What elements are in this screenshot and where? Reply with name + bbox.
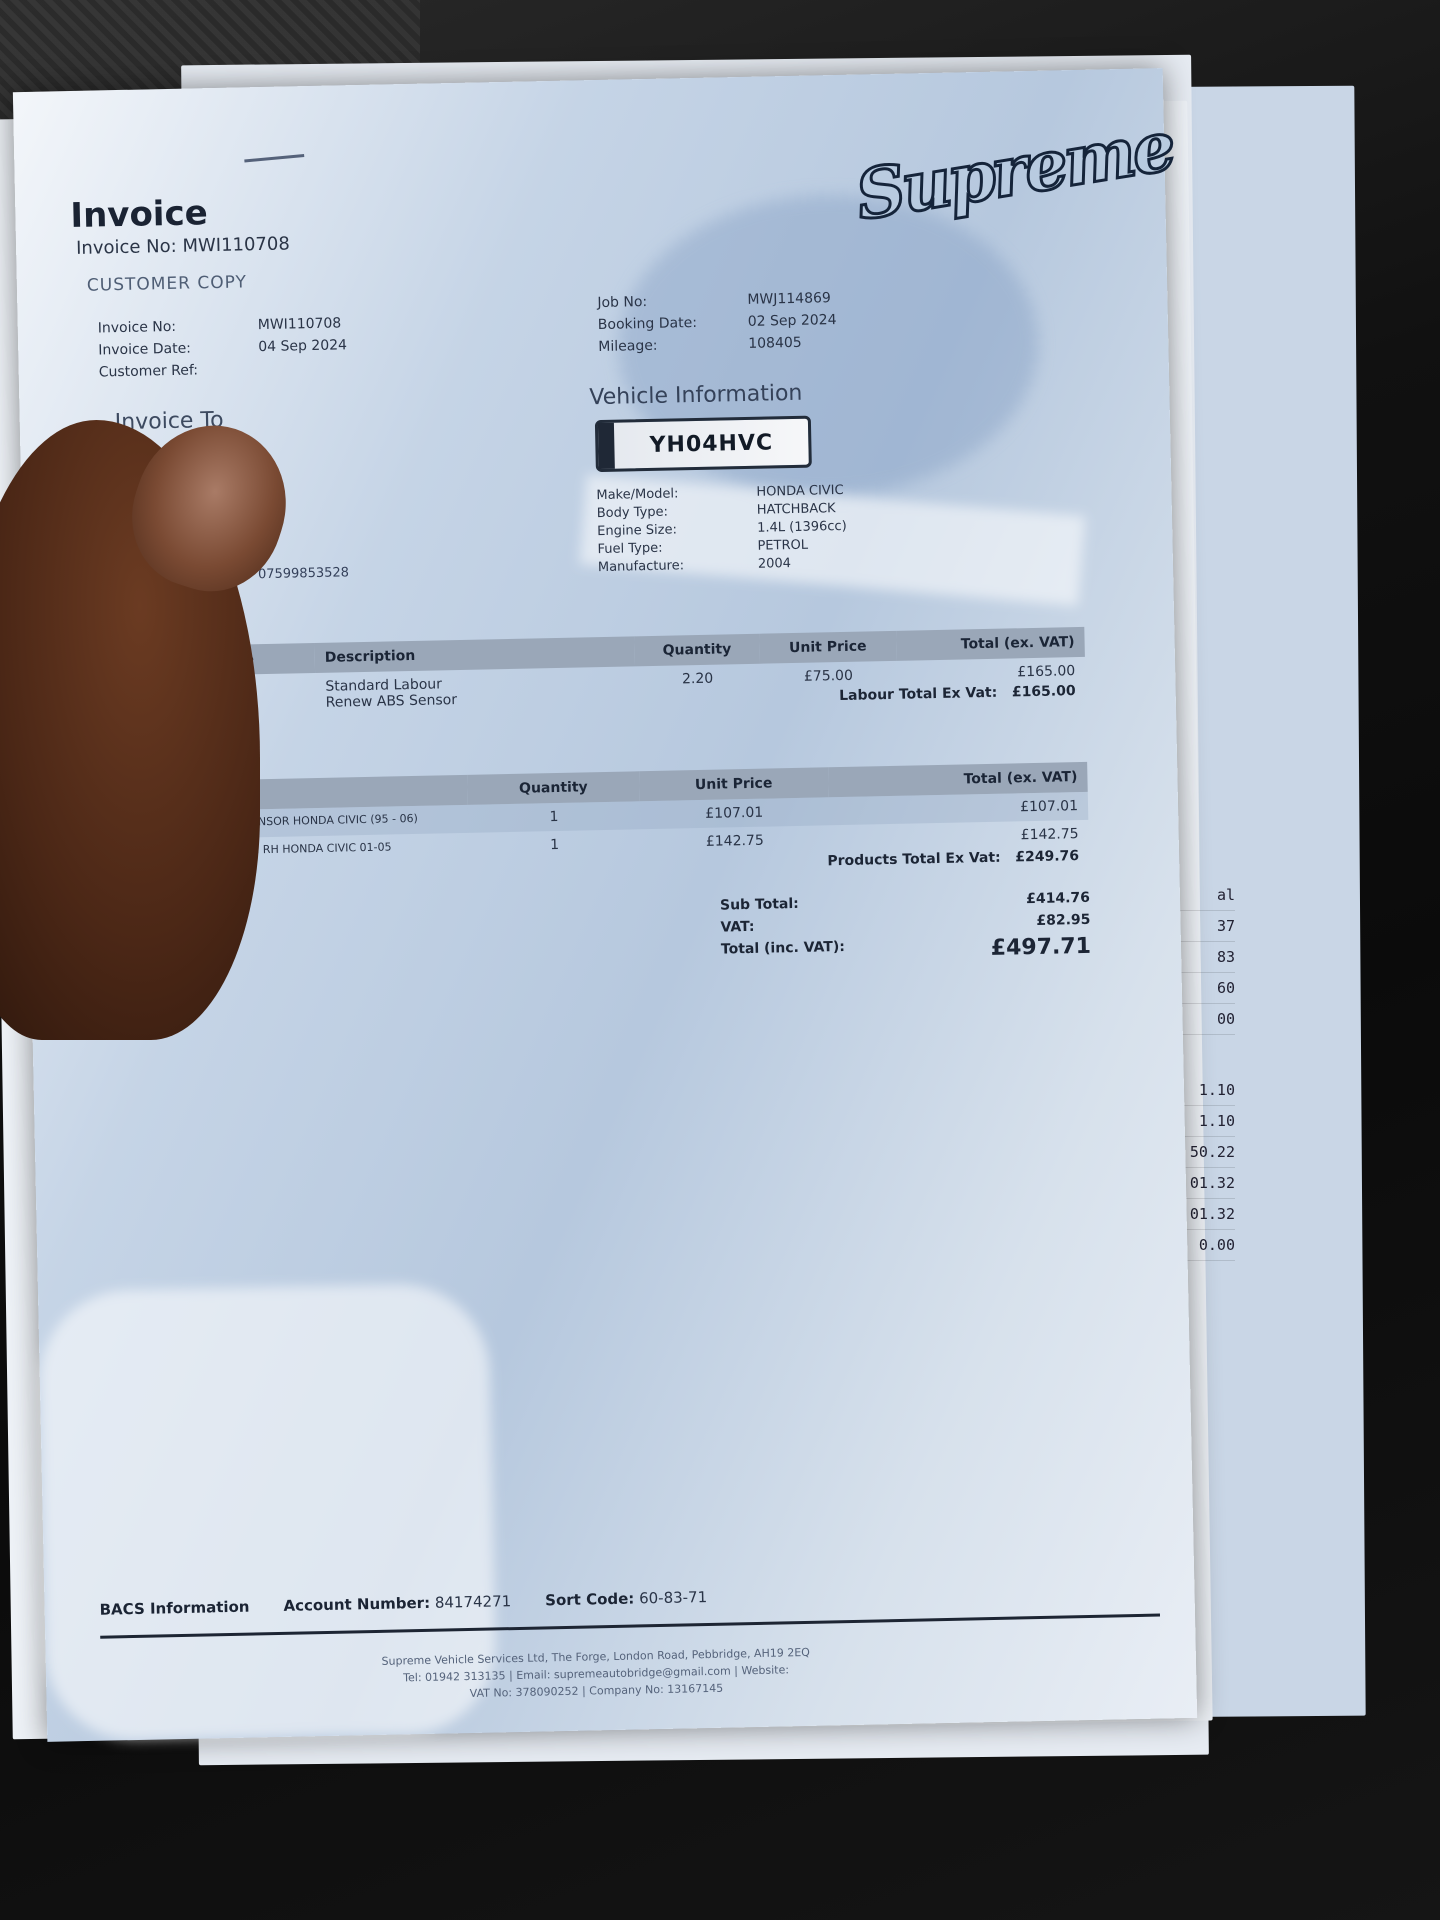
registration-plate: YH04HVC (595, 416, 812, 473)
copy-type: CUSTOMER COPY (87, 272, 247, 295)
products-subtotal-value: £249.76 (1015, 848, 1079, 865)
products-subtotal-label: Products Total Ex Vat: (827, 850, 1001, 870)
column-header: Quantity (634, 634, 759, 667)
plate-band (598, 423, 615, 469)
invoice-meta: Invoice No:MWI110708 Invoice Date:04 Sep… (98, 315, 348, 386)
subtotal-value: £414.76 (1026, 890, 1090, 913)
vat-value: £82.95 (1036, 912, 1090, 935)
pen-mark (244, 154, 304, 162)
labour-section: Labour Labour Code Description Quantity … (144, 600, 1086, 719)
invoice-date: 04 Sep 2024 (258, 337, 347, 361)
vehicle-info-heading: Vehicle Information (589, 381, 803, 410)
engine-size: 1.4L (1396cc) (757, 519, 847, 539)
fuel-type: PETROL (757, 538, 808, 557)
brand-logo: Supreme (850, 106, 1178, 236)
labour-subtotal-value: £165.00 (1012, 683, 1076, 700)
sort-label: Sort Code: (545, 1590, 634, 1610)
customer-phone: 07599853528 (258, 565, 349, 582)
vehicle-label: Manufacture: (598, 557, 758, 578)
column-header: Unit Price (639, 767, 828, 801)
meta-label: Customer Ref: (99, 361, 259, 386)
job-meta: Job No:MWJ114869 Booking Date:02 Sep 202… (597, 290, 837, 361)
bacs-heading: BACS Information (99, 1598, 249, 1619)
column-header: Unit Price (759, 631, 897, 664)
product-unit-price: £142.75 (640, 825, 829, 857)
vat-label: VAT: (720, 919, 754, 942)
account-value: 84174271 (435, 1592, 512, 1612)
sort-code: Sort Code: 60-83-71 (545, 1588, 707, 1609)
registration-number: YH04HVC (614, 429, 808, 458)
invoice-number-line: Invoice No: MWI110708 (76, 233, 290, 258)
grand-total-label: Total (inc. VAT): (721, 939, 845, 964)
job-number: MWJ114869 (747, 290, 831, 314)
labour-subtotal-label: Labour Total Ex Vat: (839, 685, 997, 704)
invoice-totals: Sub Total:£414.76 VAT:£82.95 Total (inc.… (720, 890, 1091, 964)
grand-total-value: £497.71 (991, 934, 1092, 958)
account-label: Account Number: (283, 1594, 430, 1615)
sort-value: 60-83-71 (639, 1588, 707, 1607)
mileage: 108405 (748, 335, 802, 358)
product-quantity: 1 (468, 829, 640, 861)
meta-label: Mileage: (598, 336, 748, 361)
column-header: Quantity (467, 771, 639, 805)
subtotal-label: Sub Total: (720, 896, 799, 920)
manufacture-year: 2004 (758, 556, 791, 575)
products-section: Products Description Quantity Unit Price… (147, 735, 1089, 884)
product-unit-price: £107.01 (640, 797, 829, 829)
column-header: Total (ex. VAT) (896, 627, 1085, 661)
make-model: HONDA CIVIC (756, 483, 844, 503)
product-quantity: 1 (468, 801, 640, 833)
booking-date: 02 Sep 2024 (748, 312, 837, 336)
invoice-number: MWI110708 (258, 315, 342, 339)
body-type: HATCHBACK (757, 501, 836, 521)
page-title: Invoice (70, 193, 208, 236)
vehicle-details: Make/Model:HONDA CIVIC Body Type:HATCHBA… (596, 483, 847, 578)
meta-label: Booking Date: (598, 314, 748, 339)
meta-label: Job No: (597, 292, 747, 317)
